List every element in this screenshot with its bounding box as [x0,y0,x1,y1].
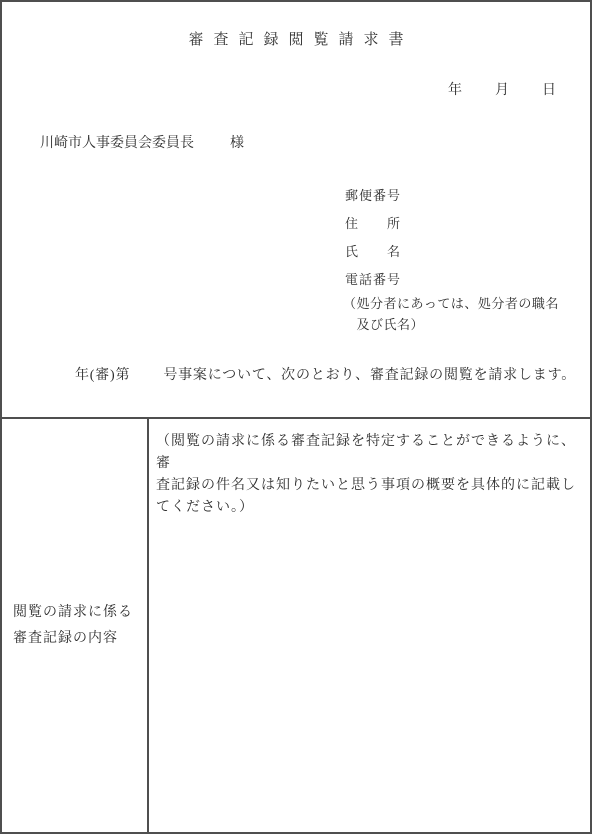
case-number-prefix: 年(審)第 [75,364,130,384]
year-label: 年 [448,79,462,99]
record-content-cell: （閲覧の請求に係る審査記録を特定することができるように、審 査記録の件名又は知り… [149,419,590,832]
date-line: 年 月 日 [448,79,556,99]
applicant-note: （処分者にあっては、処分者の職名 及び氏名） [343,293,587,335]
addressee-honorific: 様 [230,132,244,152]
name-label: 氏 名 [345,238,401,266]
record-label: 閲覧の請求に係る 審査記録の内容 [2,600,133,652]
phone-label: 電話番号 [345,266,401,294]
day-label: 日 [542,79,556,99]
addressee-line: 川崎市人事委員会委員長 様 [40,132,244,152]
document-page: 審査記録閲覧請求書 年 月 日 川崎市人事委員会委員長 様 郵便番号 住 所 氏… [0,0,592,834]
form-title: 審査記録閲覧請求書 [2,28,590,49]
postal-code-label: 郵便番号 [345,182,401,210]
record-table: 閲覧の請求に係る 審査記録の内容 （閲覧の請求に係る審査記録を特定することができ… [2,417,590,832]
addressee-name: 川崎市人事委員会委員長 [40,132,194,152]
content-instruction: （閲覧の請求に係る審査記録を特定することができるように、審 査記録の件名又は知り… [156,431,582,519]
month-label: 月 [495,79,509,99]
address-label: 住 所 [345,210,401,238]
request-statement: 号事案について、次のとおり、審査記録の閲覧を請求します。 [163,364,576,384]
record-label-cell: 閲覧の請求に係る 審査記録の内容 [2,419,149,832]
request-sentence: 年(審)第 号事案について、次のとおり、審査記録の閲覧を請求します。 [75,364,576,384]
applicant-info-block: 郵便番号 住 所 氏 名 電話番号 [345,182,401,294]
